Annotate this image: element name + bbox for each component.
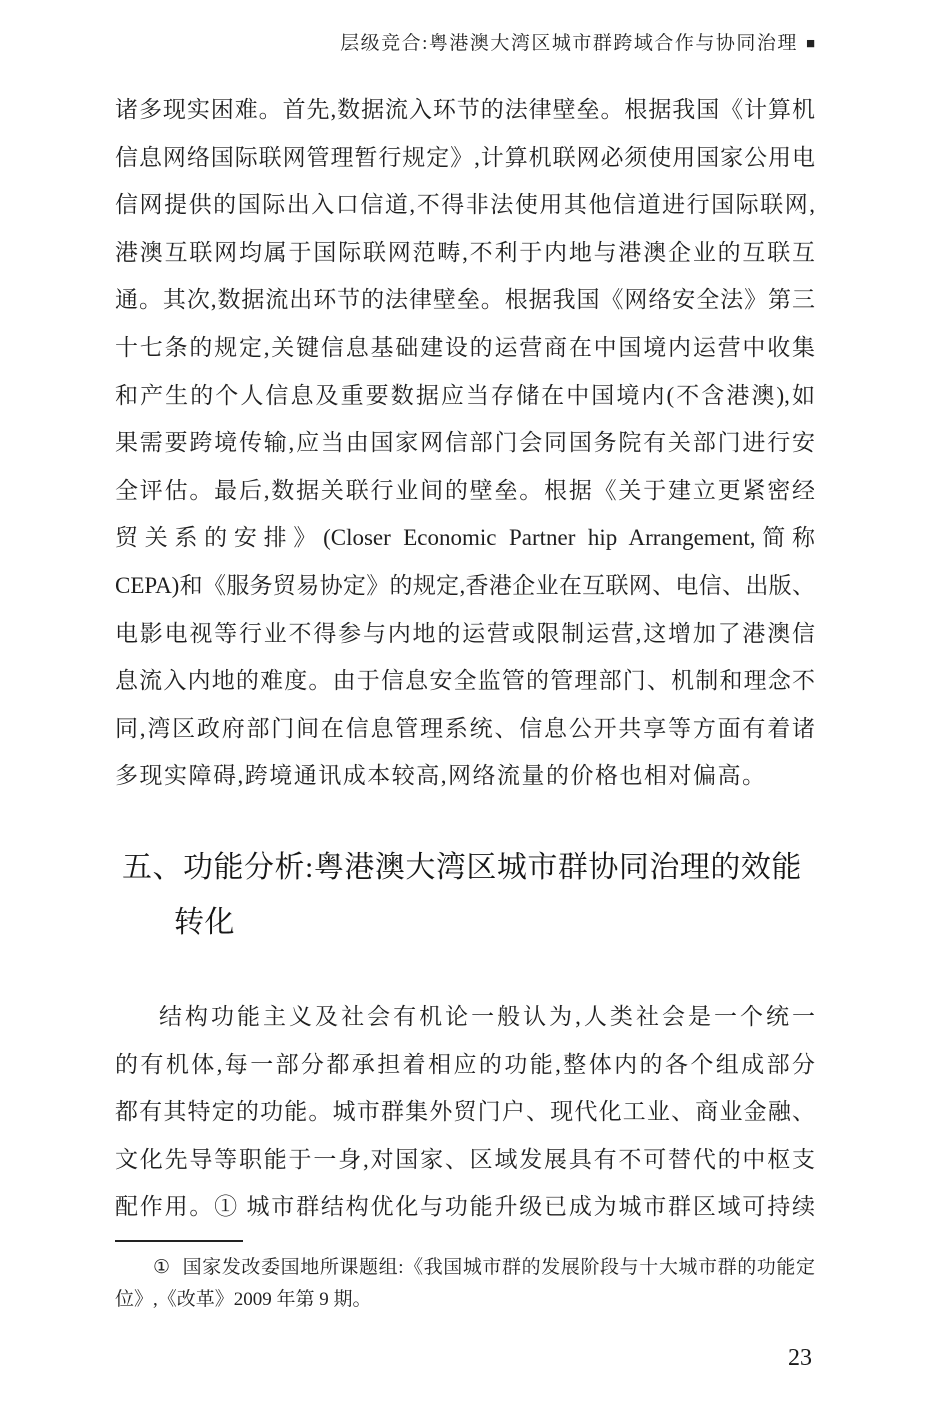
- body-line: 十七条的规定,关键信息基础建设的运营商在中国境内运营中收集: [115, 324, 815, 372]
- book-page: 层级竞合:粤港澳大湾区城市群跨域合作与协同治理■ 诸多现实困难。首先,数据流入环…: [0, 0, 935, 1407]
- page-number: 23: [788, 1345, 812, 1372]
- footnote-divider: [115, 1240, 243, 1242]
- body-line: 全评估。最后,数据关联行业间的壁垒。根据《关于建立更紧密经: [115, 467, 815, 515]
- body-line: 贸关系的安排》(Closer Economic Partner hip Arra…: [115, 514, 815, 562]
- paragraph-2: 结构功能主义及社会有机论一般认为,人类社会是一个统一 的有机体,每一部分都承担着…: [115, 993, 815, 1231]
- body-line: 息流入内地的难度。由于信息安全监管的管理部门、机制和理念不: [115, 657, 815, 705]
- running-head-square-icon: ■: [806, 36, 815, 53]
- section-heading-line-1: 五、功能分析:粤港澳大湾区城市群协同治理的效能: [122, 840, 822, 895]
- body-line: 都有其特定的功能。城市群集外贸门户、现代化工业、商业金融、: [115, 1088, 815, 1136]
- body-line: 诸多现实困难。首先,数据流入环节的法律壁垒。根据我国《计算机: [115, 86, 815, 134]
- section-heading-line-2: 转化: [174, 895, 822, 950]
- footnote: ①国家发改委国地所课题组:《我国城市群的发展阶段与十大城市群的功能定 位》,《改…: [115, 1252, 815, 1316]
- footnote-marker: ①: [153, 1257, 171, 1278]
- body-line: 信网提供的国际出入口信道,不得非法使用其他信道进行国际联网,: [115, 181, 815, 229]
- body-line: 结构功能主义及社会有机论一般认为,人类社会是一个统一: [115, 993, 815, 1041]
- section-heading: 五、功能分析:粤港澳大湾区城市群协同治理的效能 转化: [122, 840, 822, 950]
- running-head: 层级竞合:粤港澳大湾区城市群跨域合作与协同治理■: [340, 28, 815, 55]
- body-line: 电影电视等行业不得参与内地的运营或限制运营,这增加了港澳信: [115, 610, 815, 658]
- body-line: 配作用。① 城市群结构优化与功能升级已成为城市群区域可持续: [115, 1183, 815, 1231]
- body-line: 港澳互联网均属于国际联网范畴,不利于内地与港澳企业的互联互: [115, 229, 815, 277]
- body-line: 同,湾区政府部门间在信息管理系统、信息公开共享等方面有着诸: [115, 705, 815, 753]
- paragraph-1: 诸多现实困难。首先,数据流入环节的法律壁垒。根据我国《计算机 信息网络国际联网管…: [115, 86, 815, 800]
- body-line: 信息网络国际联网管理暂行规定》,计算机联网必须使用国家公用电: [115, 134, 815, 182]
- footnote-text: 国家发改委国地所课题组:《我国城市群的发展阶段与十大城市群的功能定: [183, 1257, 815, 1278]
- footnote-line: 位》,《改革》2009 年第 9 期。: [115, 1284, 815, 1316]
- footnote-line: ①国家发改委国地所课题组:《我国城市群的发展阶段与十大城市群的功能定: [115, 1252, 815, 1284]
- body-line: 和产生的个人信息及重要数据应当存储在中国境内(不含港澳),如: [115, 372, 815, 420]
- body-line: 的有机体,每一部分都承担着相应的功能,整体内的各个组成部分: [115, 1041, 815, 1089]
- body-line: 文化先导等职能于一身,对国家、区域发展具有不可替代的中枢支: [115, 1136, 815, 1184]
- body-line: 多现实障碍,跨境通讯成本较高,网络流量的价格也相对偏高。: [115, 752, 815, 800]
- body-line: CEPA)和《服务贸易协定》的规定,香港企业在互联网、电信、出版、: [115, 562, 815, 610]
- running-head-title: 层级竞合:粤港澳大湾区城市群跨域合作与协同治理: [340, 33, 798, 54]
- body-line: 通。其次,数据流出环节的法律壁垒。根据我国《网络安全法》第三: [115, 276, 815, 324]
- body-line: 果需要跨境传输,应当由国家网信部门会同国务院有关部门进行安: [115, 419, 815, 467]
